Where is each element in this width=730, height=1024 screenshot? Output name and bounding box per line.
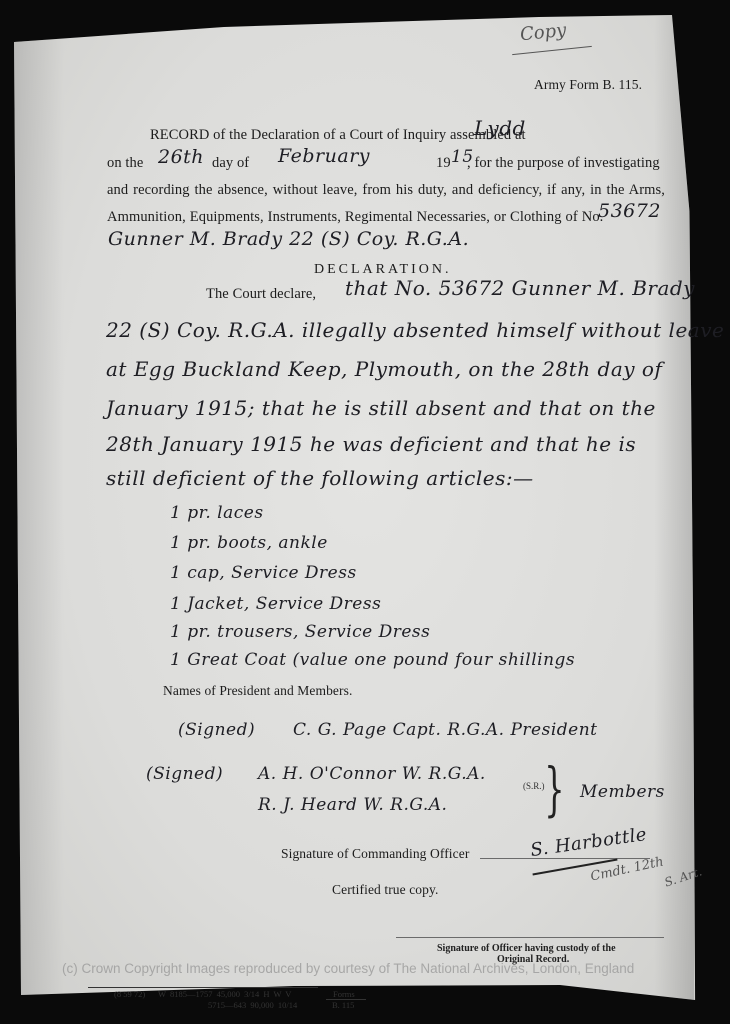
article-item: 1 cap, Service Dress <box>170 563 357 583</box>
court-declare-label: The Court declare, <box>206 286 316 303</box>
declaration-line-6: still deficient of the following article… <box>106 466 534 490</box>
declaration-line-5: 28th January 1915 he was deficient and t… <box>106 432 636 456</box>
record-line-3: and recording the absence, without leave… <box>107 182 665 199</box>
commanding-officer-signature-line <box>480 858 650 859</box>
declaration-line-4: January 1915; that he is still absent an… <box>106 396 656 420</box>
members-signed-label: (Signed) <box>146 764 223 784</box>
custody-signature-line <box>396 937 664 938</box>
members-brace: } <box>544 760 564 818</box>
members-label: Members <box>580 782 665 802</box>
record-line-2-suffix: , for the purpose of investigating <box>467 155 660 172</box>
soldier-number: 53672 <box>598 200 661 222</box>
declaration-line-3: at Egg Buckland Keep, Plymouth, on the 2… <box>106 357 662 381</box>
footer-print-code: (8 59 72) <box>114 989 145 999</box>
commanding-officer-label: Signature of Commanding Officer <box>281 846 469 862</box>
members-heading: Names of President and Members. <box>163 683 352 699</box>
footer-row-2: 5715—643 90,000 10/14 <box>208 1000 297 1010</box>
declaration-line-1: that No. 53672 Gunner M. Brady <box>345 276 695 300</box>
form-number: Army Form B. 115. <box>534 77 642 93</box>
day-entry: 26th <box>158 146 204 168</box>
footer-forms-number: B. 115 <box>332 1000 354 1010</box>
footer-rule <box>88 987 318 988</box>
certified-true-copy: Certified true copy. <box>332 882 438 898</box>
copyright-watermark: (c) Crown Copyright Images reproduced by… <box>62 961 634 976</box>
member-1-name: A. H. O'Connor W. R.G.A. <box>258 764 486 784</box>
footer-forms-label: Forms <box>333 989 355 999</box>
article-item: 1 pr. trousers, Service Dress <box>170 622 430 642</box>
article-item: 1 Jacket, Service Dress <box>170 594 381 614</box>
custody-label-1: Signature of Officer having custody of t… <box>437 943 616 954</box>
footer-row-1: W 8185—1757 45,000 3/14 H W V <box>158 989 291 999</box>
article-item: 1 pr. laces <box>170 503 264 523</box>
record-line-1: RECORD of the Declaration of a Court of … <box>150 127 526 144</box>
record-line-4: Ammunition, Equipments, Instruments, Reg… <box>107 209 603 226</box>
day-of-label: day of <box>212 155 249 172</box>
article-item: 1 pr. boots, ankle <box>170 533 328 553</box>
president-name: C. G. Page Capt. R.G.A. President <box>293 720 598 740</box>
president-signed-label: (Signed) <box>178 720 255 740</box>
place-entry: Lydd <box>474 116 526 140</box>
member-1-note: (S.R.) <box>523 781 545 791</box>
declaration-line-2: 22 (S) Coy. R.G.A. illegally absented hi… <box>106 318 724 342</box>
article-item: 1 Great Coat (value one pound four shill… <box>170 650 575 670</box>
year-prefix: 19 <box>436 155 451 172</box>
soldier-name-unit: Gunner M. Brady 22 (S) Coy. R.G.A. <box>108 228 469 250</box>
month-entry: February <box>278 145 370 167</box>
on-the-label: on the <box>107 155 143 172</box>
member-2-name: R. J. Heard W. R.G.A. <box>258 795 447 815</box>
